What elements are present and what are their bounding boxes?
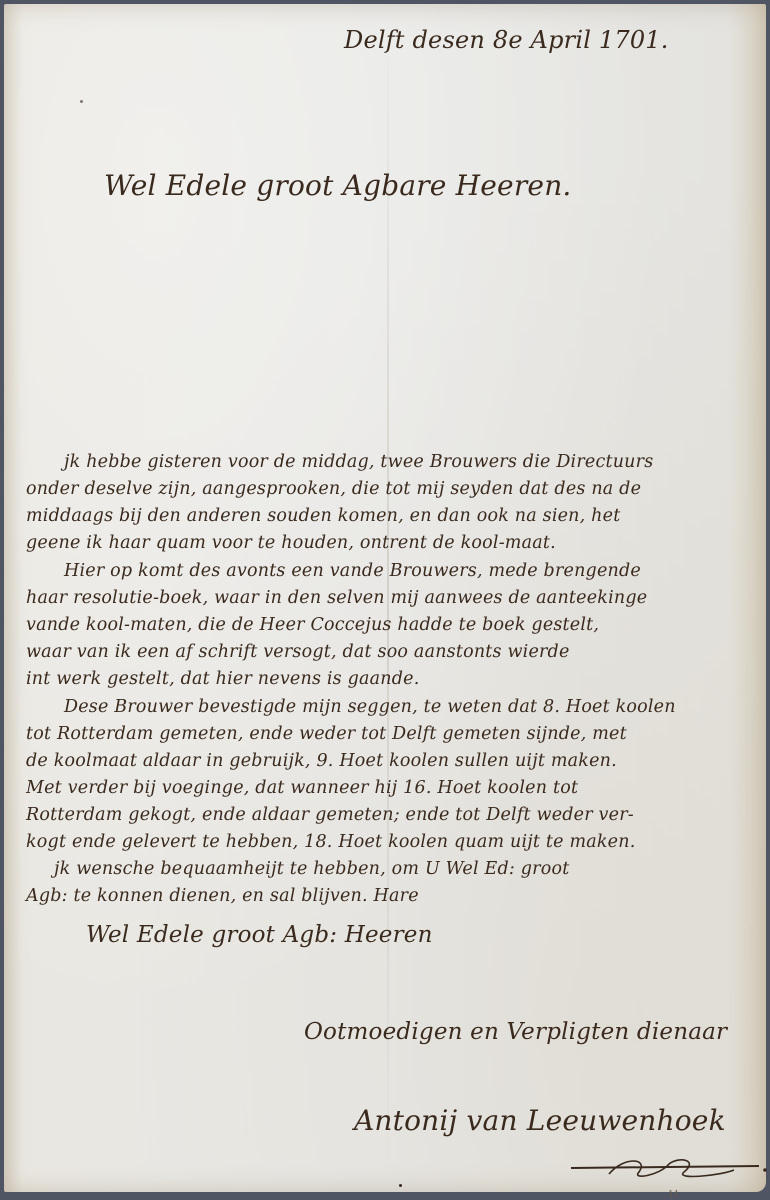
closing-phrase: Ootmoedigen en Verpligten dienaar	[304, 1019, 727, 1045]
letter-page: Delft desen 8e April 1701. Wel Edele gro…	[4, 4, 766, 1192]
body-line: Met verder bij voeginge, dat wanneer hij…	[26, 778, 578, 798]
salutation: Wel Edele groot Agbare Heeren.	[104, 169, 572, 202]
body-line: jk hebbe gisteren voor de middag, twee B…	[64, 452, 653, 472]
body-line: kogt ende gelevert te hebben, 18. Hoet k…	[26, 832, 635, 852]
signature: Antonij van Leeuwenhoek	[354, 1104, 726, 1137]
body-line: de koolmaat aldaar in gebruijk, 9. Hoet …	[26, 751, 617, 771]
ink-speck	[399, 1184, 402, 1187]
body-line: jk wensche bequaamheijt te hebben, om U …	[54, 859, 569, 879]
body-line: geene ik haar quam voor te houden, ontre…	[26, 533, 556, 553]
page-number-mark: 11	[668, 1190, 679, 1200]
body-line: Dese Brouwer bevestigde mijn seggen, te …	[64, 697, 676, 717]
body-line: int werk gestelt, dat hier nevens is gaa…	[26, 669, 419, 689]
ink-speck	[80, 100, 83, 103]
body-line: Agb: te konnen dienen, en sal blijven. H…	[26, 886, 419, 906]
closing-salutation: Wel Edele groot Agb: Heeren	[86, 922, 433, 948]
signature-flourish-icon	[569, 1154, 769, 1184]
body-line: middaags bij den anderen souden komen, e…	[26, 506, 620, 526]
body-line: waar van ik een af schrift versogt, dat …	[26, 642, 570, 662]
body-line: haar resolutie-boek, waar in den selven …	[26, 588, 647, 608]
body-line: vande kool-maten, die de Heer Coccejus h…	[26, 615, 599, 635]
body-line: Rotterdam gekogt, ende aldaar gemeten; e…	[26, 805, 634, 825]
body-line: Hier op komt des avonts een vande Brouwe…	[64, 561, 641, 581]
date-line: Delft desen 8e April 1701.	[344, 26, 669, 54]
body-line: onder deselve zijn, aangesprooken, die t…	[26, 479, 641, 499]
body-line: tot Rotterdam gemeten, ende weder tot De…	[26, 724, 627, 744]
